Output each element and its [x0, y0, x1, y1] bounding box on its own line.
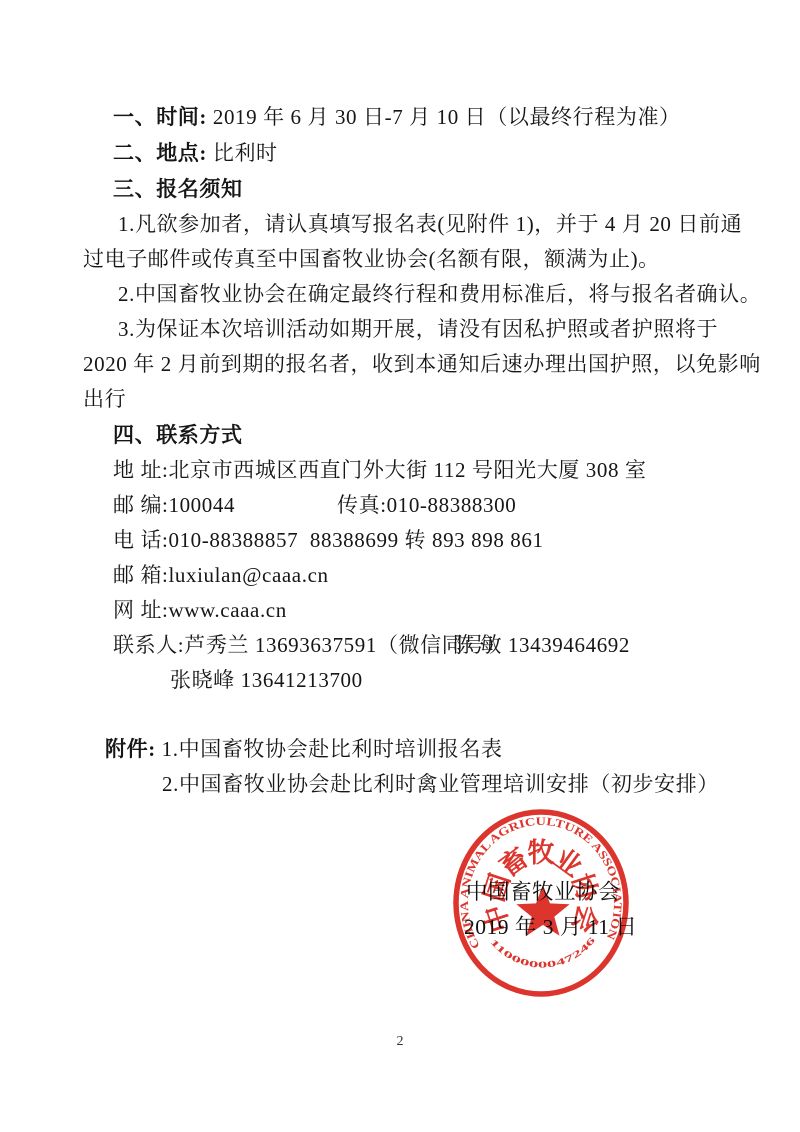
paragraph-2: 2.中国畜牧业协会在确定最终行程和费用标准后，将与报名者确认。: [118, 281, 761, 307]
contact-heading: 四、联系方式: [113, 422, 243, 448]
time-line: 一、时间: 2019 年 6 月 30 日-7 月 10 日（以最终行程为准）: [113, 104, 681, 130]
page-number: 2: [0, 1034, 800, 1050]
zip-value: 邮 编:100044: [113, 493, 235, 517]
seal-char-7: 会: [566, 901, 603, 936]
attachment-1-title: 1.中国畜牧协会赴比利时培训报名表: [156, 737, 503, 761]
time-value: 2019 年 6 月 30 日-7 月 10 日（以最终行程为准）: [207, 105, 681, 129]
paragraph-3-line-1: 3.为保证本次培训活动如期开展，请没有因私护照或者护照将于: [118, 316, 718, 342]
paragraph-1-line-1: 1.凡欲参加者，请认真填写报名表(见附件 1)，并于 4 月 20 日前通: [118, 211, 742, 237]
document-page: 一、时间: 2019 年 6 月 30 日-7 月 10 日（以最终行程为准） …: [0, 0, 800, 1132]
website-line: 网 址:www.caaa.cn: [113, 597, 287, 623]
seal-star-icon: [516, 885, 569, 936]
notice-heading: 三、报名须知: [113, 176, 243, 202]
email-line: 邮 箱:luxiulan@caaa.cn: [113, 562, 329, 588]
paragraph-3-line-2: 2020 年 2 月前到期的报名者，收到本通知后速办理出国护照，以免影响: [83, 351, 761, 377]
attachment-line-1: 附件: 1.中国畜牧协会赴比利时培训报名表: [105, 736, 503, 762]
attachment-label: 附件:: [105, 737, 156, 761]
contact-person-3: 张晓峰 13641213700: [170, 667, 363, 693]
contact-person-2: 陈 敏 13439464692: [453, 632, 630, 658]
seal-char-1: 中: [479, 901, 516, 936]
phone-line: 电 话:010-88388857 88388699 转 893 898 861: [113, 527, 544, 553]
place-line: 二、地点: 比利时: [113, 140, 278, 166]
paragraph-1-line-2: 过电子邮件或传真至中国畜牧业协会(名额有限，额满为止)。: [83, 246, 660, 272]
zip-fax-line: 邮 编:100044传真:010-88388300: [113, 492, 235, 518]
time-label: 一、时间:: [113, 105, 207, 129]
attachment-2-title: 2.中国畜牧业协会赴比利时禽业管理培训安排（初步安排）: [162, 771, 719, 797]
contacts-line: 联系人:芦秀兰 13693637591（微信同号）陈 敏 13439464692: [113, 632, 507, 658]
contact-person-1: 联系人:芦秀兰 13693637591（微信同号）: [113, 633, 507, 657]
place-label: 二、地点:: [113, 141, 207, 165]
fax-value: 传真:010-88388300: [337, 492, 516, 518]
address-line: 地 址:北京市西城区西直门外大街 112 号阳光大厦 308 室: [113, 457, 647, 483]
place-value: 比利时: [207, 141, 278, 165]
official-seal-icon: CHINA ANIMAL AGRICULTURE ASSOCIATION 110…: [448, 804, 638, 1004]
seal-serial: 1100000047246: [488, 934, 597, 970]
paragraph-3-line-3: 出行: [83, 386, 126, 412]
